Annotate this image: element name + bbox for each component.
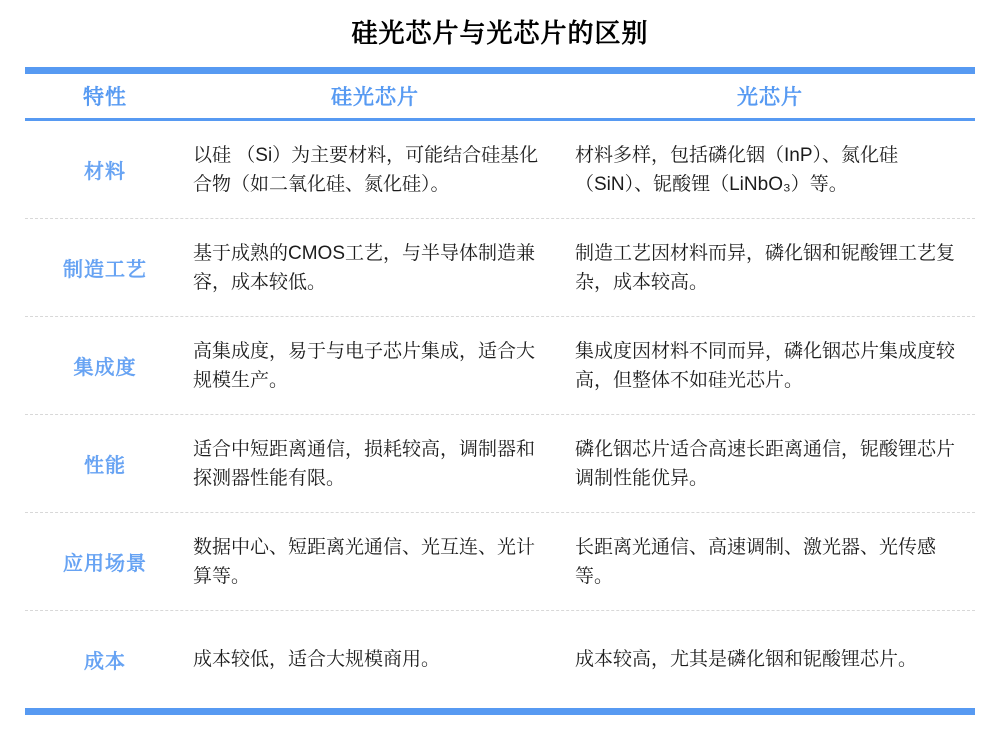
table-row-material: 材料 以硅 （Si）为主要材料，可能结合硅基化合物（如二氧化硅、氮化硅）。 材料… xyxy=(25,121,975,219)
header-silicon-photonic-chip: 硅光芯片 xyxy=(185,81,565,111)
table-row-performance: 性能 适合中短距离通信，损耗较高，调制器和探测器性能有限。 磷化铟芯片适合高速长… xyxy=(25,415,975,513)
feature-label: 成本 xyxy=(25,645,185,674)
feature-label: 材料 xyxy=(25,155,185,184)
comparison-table: 特性 硅光芯片 光芯片 材料 以硅 （Si）为主要材料，可能结合硅基化合物（如二… xyxy=(25,67,975,715)
feature-label: 集成度 xyxy=(25,351,185,380)
table-row-integration: 集成度 高集成度，易于与电子芯片集成，适合大规模生产。 集成度因材料不同而异，磷… xyxy=(25,317,975,415)
optical-cell: 长距离光通信、高速调制、激光器、光传感等。 xyxy=(565,533,975,591)
feature-label: 制造工艺 xyxy=(25,253,185,282)
table-header-row: 特性 硅光芯片 光芯片 xyxy=(25,74,975,118)
page-title: 硅光芯片与光芯片的区别 xyxy=(0,0,1000,50)
optical-cell: 磷化铟芯片适合高速长距离通信，铌酸锂芯片调制性能优异。 xyxy=(565,435,975,493)
silicon-cell: 适合中短距离通信，损耗较高，调制器和探测器性能有限。 xyxy=(185,435,565,493)
silicon-cell: 高集成度，易于与电子芯片集成，适合大规模生产。 xyxy=(185,337,565,395)
table-top-rule xyxy=(25,67,975,74)
feature-label: 应用场景 xyxy=(25,547,185,576)
feature-label: 性能 xyxy=(25,449,185,478)
optical-cell: 制造工艺因材料而异，磷化铟和铌酸锂工艺复杂，成本较高。 xyxy=(565,239,975,297)
silicon-cell: 以硅 （Si）为主要材料，可能结合硅基化合物（如二氧化硅、氮化硅）。 xyxy=(185,141,565,199)
header-feature: 特性 xyxy=(25,81,185,111)
silicon-cell: 成本较低，适合大规模商用。 xyxy=(185,645,565,674)
optical-cell: 材料多样，包括磷化铟（InP）、氮化硅（SiN）、铌酸锂（LiNbO₃）等。 xyxy=(565,141,975,199)
table-row-cost: 成本 成本较低，适合大规模商用。 成本较高，尤其是磷化铟和铌酸锂芯片。 xyxy=(25,611,975,708)
table-row-manufacturing: 制造工艺 基于成熟的CMOS工艺，与半导体制造兼容，成本较低。 制造工艺因材料而… xyxy=(25,219,975,317)
table-row-applications: 应用场景 数据中心、短距离光通信、光互连、光计算等。 长距离光通信、高速调制、激… xyxy=(25,513,975,611)
header-photonic-chip: 光芯片 xyxy=(565,81,975,111)
optical-cell: 集成度因材料不同而异，磷化铟芯片集成度较高，但整体不如硅光芯片。 xyxy=(565,337,975,395)
silicon-cell: 基于成熟的CMOS工艺，与半导体制造兼容，成本较低。 xyxy=(185,239,565,297)
optical-cell: 成本较高，尤其是磷化铟和铌酸锂芯片。 xyxy=(565,645,975,674)
table-bottom-rule xyxy=(25,708,975,715)
comparison-table-page: 硅光芯片与光芯片的区别 特性 硅光芯片 光芯片 材料 以硅 （Si）为主要材料，… xyxy=(0,0,1000,730)
silicon-cell: 数据中心、短距离光通信、光互连、光计算等。 xyxy=(185,533,565,591)
